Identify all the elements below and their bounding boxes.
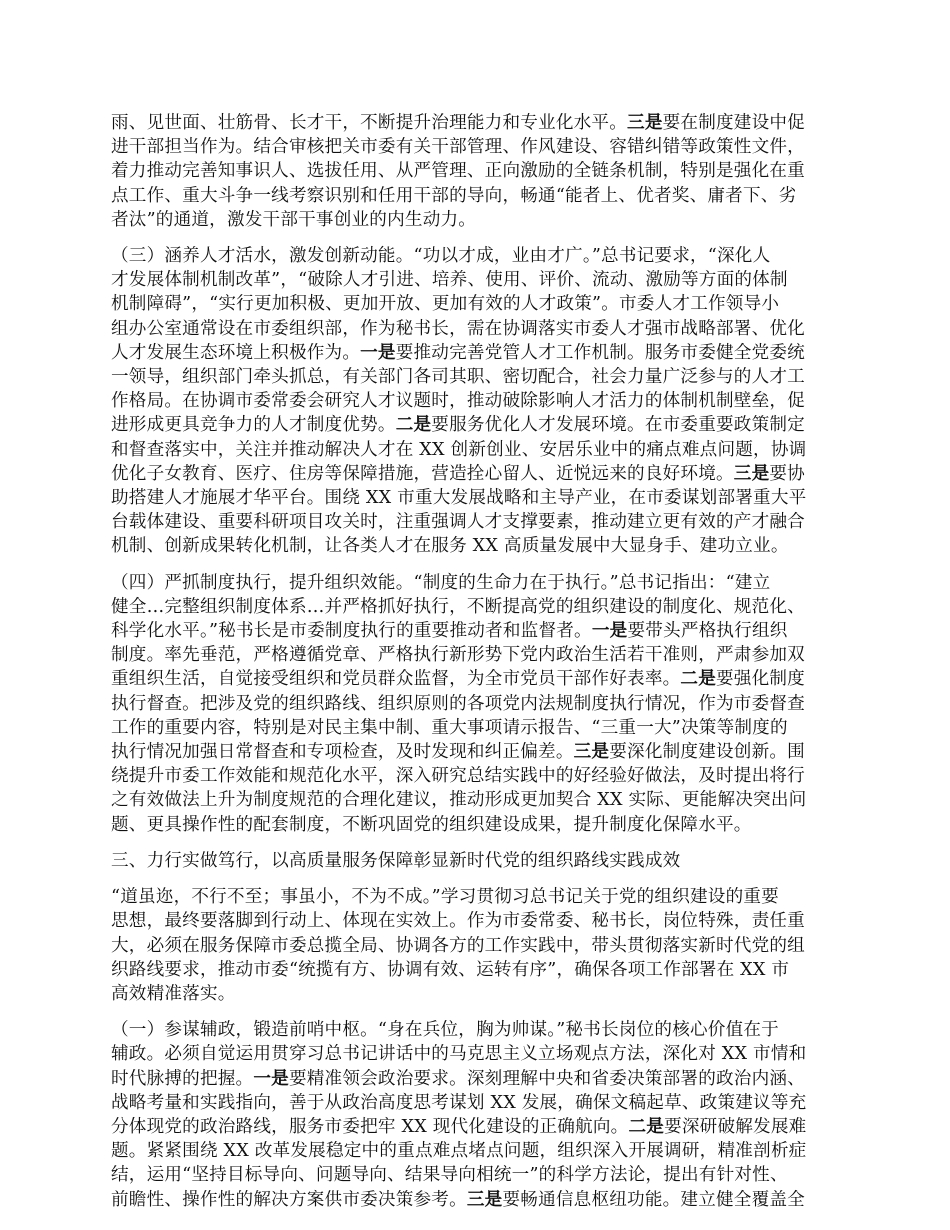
section-heading: 三、力行实做笃行，以高质量服务保障彰显新时代党的组织路线实践成效 bbox=[111, 849, 851, 873]
text-line: 题。紧紧围绕 XX 改革发展稳定中的重点难点堵点问题，组织深入开展调研，精准剖析… bbox=[111, 1139, 851, 1163]
text-line: 一领导，组织部门牵头抓总，有关部门各司其职、密切配合，社会力量广泛参与的人才工 bbox=[111, 365, 851, 389]
text-run: 者汰”的通道，激发干部干事创业的内生动力。 bbox=[111, 210, 476, 230]
text-line: 结，运用“坚持目标导向、问题导向、结果导向相统一”的科学方法论，提出有针对性、 bbox=[111, 1163, 851, 1187]
text-run: 台载体建设、重要科研项目攻关时，注重强调人才支撑要素，推动建立更有效的产才融合 bbox=[111, 512, 805, 532]
text-run: 要深化制度建设创新。围 bbox=[609, 742, 805, 762]
text-run: 要精准领会政治要求。深刻理解中央和省委决策部署的政治内涵、 bbox=[289, 1069, 805, 1089]
text-line: 前瞻性、操作性的解决方案供市委决策参考。三是要畅通信息枢纽功能。建立健全覆盖全 bbox=[111, 1188, 851, 1212]
text-run: （三）涵养人才活水，激发创新动能。“功以才成，业由才广。”总书记要求，“深化人 bbox=[111, 246, 770, 266]
text-line: 着力推动完善知事识人、选拔任用、从严管理、正向激励的全链条机制，特别是强化在重 bbox=[111, 159, 851, 183]
text-run: 制度。率先垂范，严格遵循党章、严格执行新形势下党内政治生活若干准则，严肃参加双 bbox=[111, 645, 805, 665]
text-run: 高效精准落实。 bbox=[111, 984, 236, 1004]
text-run: 进干部担当作为。结合审核把关市委有关干部管理、作风建设、容错纠错等政策性文件， bbox=[111, 137, 805, 157]
text-line: 助搭建人才施展才华平台。围绕 XX 市重大发展战略和主导产业，在市委谋划部署重大… bbox=[111, 486, 851, 510]
text-line: 绕提升市委工作效能和规范化水平，深入研究总结实践中的好经验好做法，及时提出将行 bbox=[111, 764, 851, 788]
text-run: 进形成更具竞争力的人才制度优势。 bbox=[111, 415, 396, 435]
body-paragraph: “道虽迩，不行不至；事虽小，不为不成。”学习贯彻习总书记关于党的组织建设的重要思… bbox=[111, 885, 851, 1006]
text-run: 工作的重要内容，特别是对民主集中制、重大事项请示报告、“三重一大”决策等制度的 bbox=[111, 718, 788, 738]
body-paragraph: （三）涵养人才活水，激发创新动能。“功以才成，业由才广。”总书记要求，“深化人才… bbox=[111, 244, 851, 559]
text-line: 进形成更具竞争力的人才制度优势。二是要服务优化人才发展环境。在市委重要政策制定 bbox=[111, 413, 851, 437]
text-line: 高效精准落实。 bbox=[111, 982, 851, 1006]
text-line: 题、更具操作性的配套制度，不断巩固党的组织建设成果，提升制度化保障水平。 bbox=[111, 813, 851, 837]
text-run: 三、力行实做笃行，以高质量服务保障彰显新时代党的组织路线实践成效 bbox=[111, 851, 680, 871]
text-line: 科学化水平。”秘书长是市委制度执行的重要推动者和监督者。一是要带头严格执行组织 bbox=[111, 619, 851, 643]
text-run: 着力推动完善知事识人、选拔任用、从严管理、正向激励的全链条机制，特别是强化在重 bbox=[111, 161, 805, 181]
emphasis-keyword: 一是 bbox=[592, 620, 628, 641]
text-run: 大，必须在服务保障市委总揽全局、协调各方的工作实践中，带头贯彻落实新时代党的组 bbox=[111, 936, 805, 956]
text-run: 要带头严格执行组织 bbox=[627, 621, 787, 641]
text-run: 人才发展生态环境上积极作为。 bbox=[111, 343, 360, 363]
text-run: 雨、见世面、壮筋骨、长才干，不断提升治理能力和专业化水平。 bbox=[111, 113, 627, 133]
emphasis-keyword: 三是 bbox=[734, 463, 770, 484]
text-run: 作格局。在协调市委常委会研究人才议题时，推动破除影响人才活力的体制机制壁垒，促 bbox=[111, 391, 805, 411]
text-run: 组办公室通常设在市委组织部，作为秘书长，需在协调落实市委人才强市战略部署、优化 bbox=[111, 319, 805, 339]
emphasis-keyword: 二是 bbox=[628, 1116, 664, 1137]
text-run: 前瞻性、操作性的解决方案供市委决策参考。 bbox=[111, 1190, 467, 1210]
text-run: 要协 bbox=[769, 464, 805, 484]
text-line: 思想，最终要落脚到行动上、体现在实效上。作为市委常委、秘书长，岗位特殊，责任重 bbox=[111, 909, 851, 933]
text-line: 机制障碍”，“实行更加积极、更加开放、更加有效的人才政策”。市委人才工作领导小 bbox=[111, 292, 851, 316]
text-run: 辅政。必须自觉运用贯穿习总书记讲话中的马克思主义立场观点方法，深化对 XX 市情… bbox=[111, 1044, 806, 1064]
text-line: 才发展体制机制改革”，“破除人才引进、培养、使用、评价、流动、激励等方面的体制 bbox=[111, 268, 851, 292]
text-run: 题。紧紧围绕 XX 改革发展稳定中的重点难点堵点问题，组织深入开展调研，精准剖析… bbox=[111, 1141, 806, 1161]
text-line: 三、力行实做笃行，以高质量服务保障彰显新时代党的组织路线实践成效 bbox=[111, 849, 851, 873]
text-run: （四）严抓制度执行，提升组织效能。“制度的生命力在于执行。”总书记指出：“建立 bbox=[111, 573, 770, 593]
text-line: 健全…完整组织制度体系…并严格抓好执行，不断提高党的组织建设的制度化、规范化、 bbox=[111, 595, 851, 619]
emphasis-keyword: 一是 bbox=[360, 342, 396, 363]
text-run: “道虽迩，不行不至；事虽小，不为不成。”学习贯彻习总书记关于党的组织建设的重要 bbox=[111, 887, 779, 907]
text-run: 结，运用“坚持目标导向、问题导向、结果导向相统一”的科学方法论，提出有针对性、 bbox=[111, 1165, 788, 1185]
text-run: 执行情况加强日常督查和专项检查，及时发现和纠正偏差。 bbox=[111, 742, 574, 762]
text-line: 之有效做法上升为制度规范的合理化建议，推动形成更加契合 XX 实际、更能解决突出… bbox=[111, 788, 851, 812]
text-run: 要深研破解发展难 bbox=[664, 1117, 806, 1137]
text-run: 分体现党的政治路线，服务市委把牢 XX 现代化建设的正确航向。 bbox=[111, 1117, 628, 1137]
text-run: 战略考量和实践指向，善于从政治高度思考谋划 XX 发展，确保文稿起草、政策建议等… bbox=[111, 1093, 806, 1113]
text-run: 要在制度建设中促 bbox=[663, 113, 805, 133]
emphasis-keyword: 一是 bbox=[253, 1068, 289, 1089]
text-line: 雨、见世面、壮筋骨、长才干，不断提升治理能力和专业化水平。三是要在制度建设中促 bbox=[111, 111, 851, 135]
text-line: 织路线要求，推动市委“统揽有方、协调有效、运转有序”，确保各项工作部署在 XX … bbox=[111, 958, 851, 982]
document-page: 雨、见世面、壮筋骨、长才干，不断提升治理能力和专业化水平。三是要在制度建设中促进… bbox=[111, 111, 851, 1224]
text-line: 工作的重要内容，特别是对民主集中制、重大事项请示报告、“三重一大”决策等制度的 bbox=[111, 716, 851, 740]
body-paragraph: （四）严抓制度执行，提升组织效能。“制度的生命力在于执行。”总书记指出：“建立健… bbox=[111, 571, 851, 837]
text-line: （四）严抓制度执行，提升组织效能。“制度的生命力在于执行。”总书记指出：“建立 bbox=[111, 571, 851, 595]
emphasis-keyword: 三是 bbox=[627, 112, 663, 133]
emphasis-keyword: 二是 bbox=[396, 414, 432, 435]
text-run: 点工作、重大斗争一线考察识别和任用干部的导向，畅通“能者上、优者奖、庸者下、劣 bbox=[111, 186, 796, 206]
text-run: 助搭建人才施展才华平台。围绕 XX 市重大发展战略和主导产业，在市委谋划部署重大… bbox=[111, 488, 806, 508]
text-line: 重组织生活，自觉接受组织和党员群众监督，为全市党员干部作好表率。二是要强化制度 bbox=[111, 667, 851, 691]
text-line: 战略考量和实践指向，善于从政治高度思考谋划 XX 发展，确保文稿起草、政策建议等… bbox=[111, 1091, 851, 1115]
text-line: 台载体建设、重要科研项目攻关时，注重强调人才支撑要素，推动建立更有效的产才融合 bbox=[111, 510, 851, 534]
text-line: 作格局。在协调市委常委会研究人才议题时，推动破除影响人才活力的体制机制壁垒，促 bbox=[111, 389, 851, 413]
text-line: 者汰”的通道，激发干部干事创业的内生动力。 bbox=[111, 208, 851, 232]
text-line: 和督查落实中，关注并推动解决人才在 XX 创新创业、安居乐业中的痛点难点问题，协… bbox=[111, 438, 851, 462]
text-line: 分体现党的政治路线，服务市委把牢 XX 现代化建设的正确航向。二是要深研破解发展… bbox=[111, 1115, 851, 1139]
text-line: 优化子女教育、医疗、住房等保障措施，营造拴心留人、近悦远来的良好环境。三是要协 bbox=[111, 462, 851, 486]
text-run: 科学化水平。”秘书长是市委制度执行的重要推动者和监督者。 bbox=[111, 621, 592, 641]
text-run: 要推动完善党管人才工作机制。服务市委健全党委统 bbox=[396, 343, 805, 363]
text-run: （一）参谋辅政，锻造前哨中枢。“身在兵位，胸为帅谋。”秘书长岗位的核心价值在于 bbox=[111, 1020, 779, 1040]
text-line: 组办公室通常设在市委组织部，作为秘书长，需在协调落实市委人才强市战略部署、优化 bbox=[111, 317, 851, 341]
emphasis-keyword: 三是 bbox=[574, 741, 610, 762]
text-line: 执行督查。把涉及党的组织路线、组织原则的各项党内法规制度执行情况，作为市委督查 bbox=[111, 692, 851, 716]
text-run: 题、更具操作性的配套制度，不断巩固党的组织建设成果，提升制度化保障水平。 bbox=[111, 815, 752, 835]
text-run: 要强化制度 bbox=[716, 669, 805, 689]
text-run: 机制障碍”，“实行更加积极、更加开放、更加有效的人才政策”。市委人才工作领导小 bbox=[111, 294, 779, 314]
text-run: 执行督查。把涉及党的组织路线、组织原则的各项党内法规制度执行情况，作为市委督查 bbox=[111, 694, 805, 714]
text-line: 时代脉搏的把握。一是要精准领会政治要求。深刻理解中央和省委决策部署的政治内涵、 bbox=[111, 1067, 851, 1091]
text-run: 重组织生活，自觉接受组织和党员群众监督，为全市党员干部作好表率。 bbox=[111, 669, 680, 689]
text-line: 人才发展生态环境上积极作为。一是要推动完善党管人才工作机制。服务市委健全党委统 bbox=[111, 341, 851, 365]
text-run: 优化子女教育、医疗、住房等保障措施，营造拴心留人、近悦远来的良好环境。 bbox=[111, 464, 734, 484]
emphasis-keyword: 三是 bbox=[467, 1189, 503, 1210]
text-run: 时代脉搏的把握。 bbox=[111, 1069, 253, 1089]
text-line: （三）涵养人才活水，激发创新动能。“功以才成，业由才广。”总书记要求，“深化人 bbox=[111, 244, 851, 268]
text-run: 才发展体制机制改革”，“破除人才引进、培养、使用、评价、流动、激励等方面的体制 bbox=[111, 270, 788, 290]
text-line: （一）参谋辅政，锻造前哨中枢。“身在兵位，胸为帅谋。”秘书长岗位的核心价值在于 bbox=[111, 1018, 851, 1042]
text-run: 机制、创新成果转化机制，让各类人才在服务 XX 高质量发展中大显身手、建功立业。 bbox=[111, 536, 789, 556]
text-run: 之有效做法上升为制度规范的合理化建议，推动形成更加契合 XX 实际、更能解决突出… bbox=[111, 790, 806, 810]
text-line: 机制、创新成果转化机制，让各类人才在服务 XX 高质量发展中大显身手、建功立业。 bbox=[111, 534, 851, 558]
text-run: 和督查落实中，关注并推动解决人才在 XX 创新创业、安居乐业中的痛点难点问题，协… bbox=[111, 440, 806, 460]
body-paragraph: （一）参谋辅政，锻造前哨中枢。“身在兵位，胸为帅谋。”秘书长岗位的核心价值在于辅… bbox=[111, 1018, 851, 1212]
text-run: 要畅通信息枢纽功能。建立健全覆盖全 bbox=[502, 1190, 805, 1210]
text-line: 进干部担当作为。结合审核把关市委有关干部管理、作风建设、容错纠错等政策性文件， bbox=[111, 135, 851, 159]
text-line: “道虽迩，不行不至；事虽小，不为不成。”学习贯彻习总书记关于党的组织建设的重要 bbox=[111, 885, 851, 909]
emphasis-keyword: 二是 bbox=[680, 668, 716, 689]
text-run: 思想，最终要落脚到行动上、体现在实效上。作为市委常委、秘书长，岗位特殊，责任重 bbox=[111, 911, 805, 931]
text-line: 制度。率先垂范，严格遵循党章、严格执行新形势下党内政治生活若干准则，严肃参加双 bbox=[111, 643, 851, 667]
text-run: 健全…完整组织制度体系…并严格抓好执行，不断提高党的组织建设的制度化、规范化、 bbox=[111, 597, 805, 617]
text-run: 绕提升市委工作效能和规范化水平，深入研究总结实践中的好经验好做法，及时提出将行 bbox=[111, 766, 805, 786]
text-line: 辅政。必须自觉运用贯穿习总书记讲话中的马克思主义立场观点方法，深化对 XX 市情… bbox=[111, 1042, 851, 1066]
text-run: 织路线要求，推动市委“统揽有方、协调有效、运转有序”，确保各项工作部署在 XX … bbox=[111, 960, 789, 980]
text-line: 点工作、重大斗争一线考察识别和任用干部的导向，畅通“能者上、优者奖、庸者下、劣 bbox=[111, 184, 851, 208]
text-line: 执行情况加强日常督查和专项检查，及时发现和纠正偏差。三是要深化制度建设创新。围 bbox=[111, 740, 851, 764]
text-run: 要服务优化人才发展环境。在市委重要政策制定 bbox=[431, 415, 805, 435]
body-paragraph: 雨、见世面、壮筋骨、长才干，不断提升治理能力和专业化水平。三是要在制度建设中促进… bbox=[111, 111, 851, 232]
text-line: 大，必须在服务保障市委总揽全局、协调各方的工作实践中，带头贯彻落实新时代党的组 bbox=[111, 934, 851, 958]
text-run: 一领导，组织部门牵头抓总，有关部门各司其职、密切配合，社会力量广泛参与的人才工 bbox=[111, 367, 805, 387]
